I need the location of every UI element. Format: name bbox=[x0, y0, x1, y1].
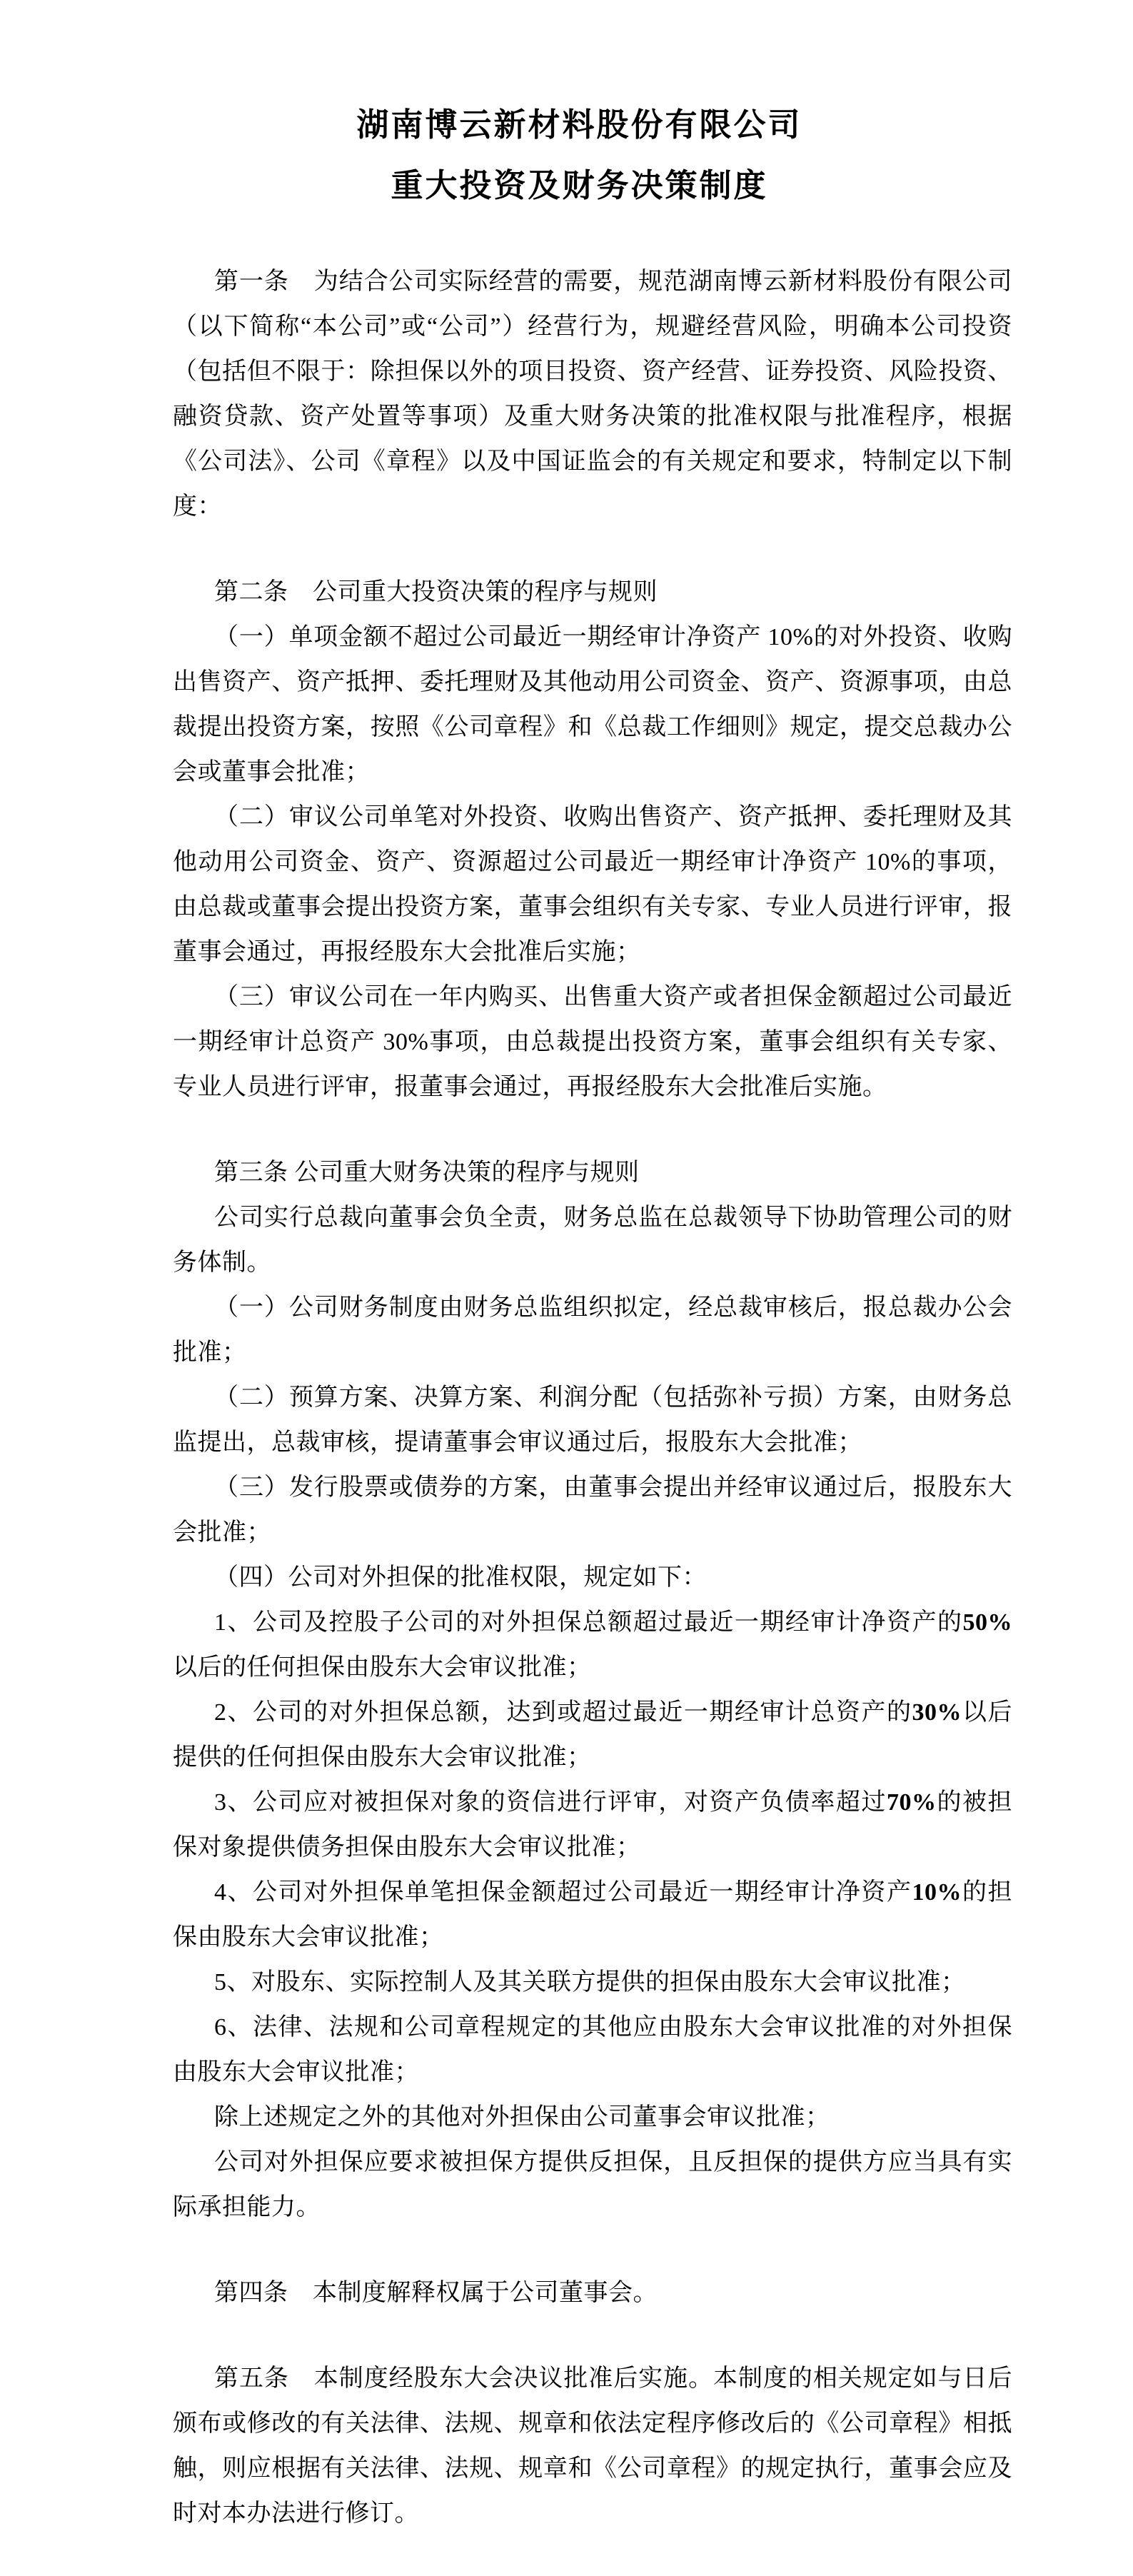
guarantee-rule-3-bold-value: 70% bbox=[887, 1789, 937, 1816]
guarantee-rule-1: 1、公司及控股子公司的对外担保总额超过最近一期经审计净资产的50%以后的任何担保… bbox=[173, 1600, 1012, 1690]
article-3-heading: 第三条 公司重大财务决策的程序与规则 bbox=[173, 1150, 1012, 1195]
article-2-item-1: （一）单项金额不超过公司最近一期经审计净资产 10%的对外投资、收购出售资产、资… bbox=[173, 615, 1012, 795]
article-1: 第一条 为结合公司实际经营的需要，规范湖南博云新材料股份有限公司（以下简称“本公… bbox=[173, 259, 1012, 529]
article-3-item-1: （一）公司财务制度由财务总监组织拟定，经总裁审核后，报总裁办公会批准； bbox=[173, 1285, 1012, 1375]
guarantee-rule-5: 5、对股东、实际控制人及其关联方提供的担保由股东大会审议批准； bbox=[173, 1960, 1012, 2005]
guarantee-rule-2-bold-value: 30% bbox=[912, 1699, 962, 1726]
document-body: 第一条 为结合公司实际经营的需要，规范湖南博云新材料股份有限公司（以下简称“本公… bbox=[173, 259, 1012, 2536]
document-title: 湖南博云新材料股份有限公司 重大投资及财务决策制度 bbox=[146, 106, 1012, 205]
guarantee-rule-1-bold-value: 50% bbox=[963, 1609, 1013, 1636]
document-title-line-1: 湖南博云新材料股份有限公司 bbox=[146, 106, 1012, 144]
guarantee-rule-4: 4、公司对外担保单笔担保金额超过公司最近一期经审计净资产10%的担保由股东大会审… bbox=[173, 1870, 1012, 1960]
article-5: 第五条 本制度经股东大会决议批准后实施。本制度的相关规定如与日后颁布或修改的有关… bbox=[173, 2356, 1012, 2536]
article-2-item-3: （三）审议公司在一年内购买、出售重大资产或者担保金额超过公司最近一期经审计总资产… bbox=[173, 975, 1012, 1110]
guarantee-other: 除上述规定之外的其他对外担保由公司董事会审议批准； bbox=[173, 2095, 1012, 2140]
article-3-item-3: （三）发行股票或债券的方案，由董事会提出并经审议通过后，报股东大会批准； bbox=[173, 1465, 1012, 1555]
guarantee-rule-2: 2、公司的对外担保总额，达到或超过最近一期经审计总资产的30%以后提供的任何担保… bbox=[173, 1690, 1012, 1780]
document-title-line-2: 重大投资及财务决策制度 bbox=[146, 166, 1012, 205]
article-3-intro: 公司实行总裁向董事会负全责，财务总监在总裁领导下协助管理公司的财务体制。 bbox=[173, 1195, 1012, 1285]
document-page: 湖南博云新材料股份有限公司 重大投资及财务决策制度 第一条 为结合公司实际经营的… bbox=[0, 0, 1133, 2576]
guarantee-rule-6: 6、法律、法规和公司章程规定的其他应由股东大会审议批准的对外担保由股东大会审议批… bbox=[173, 2005, 1012, 2095]
article-3-item-4: （四）公司对外担保的批准权限，规定如下： bbox=[173, 1555, 1012, 1600]
counter-guarantee: 公司对外担保应要求被担保方提供反担保，且反担保的提供方应当具有实际承担能力。 bbox=[173, 2140, 1012, 2230]
article-4: 第四条 本制度解释权属于公司董事会。 bbox=[173, 2270, 1012, 2315]
article-2-heading: 第二条 公司重大投资决策的程序与规则 bbox=[173, 570, 1012, 615]
article-3-item-2: （二）预算方案、决算方案、利润分配（包括弥补亏损）方案，由财务总监提出，总裁审核… bbox=[173, 1375, 1012, 1465]
guarantee-rule-3: 3、公司应对被担保对象的资信进行评审，对资产负债率超过70%的被担保对象提供债务… bbox=[173, 1780, 1012, 1870]
article-2-item-2: （二）审议公司单笔对外投资、收购出售资产、资产抵押、委托理财及其他动用公司资金、… bbox=[173, 795, 1012, 975]
guarantee-rule-4-bold-value: 10% bbox=[912, 1879, 962, 1906]
